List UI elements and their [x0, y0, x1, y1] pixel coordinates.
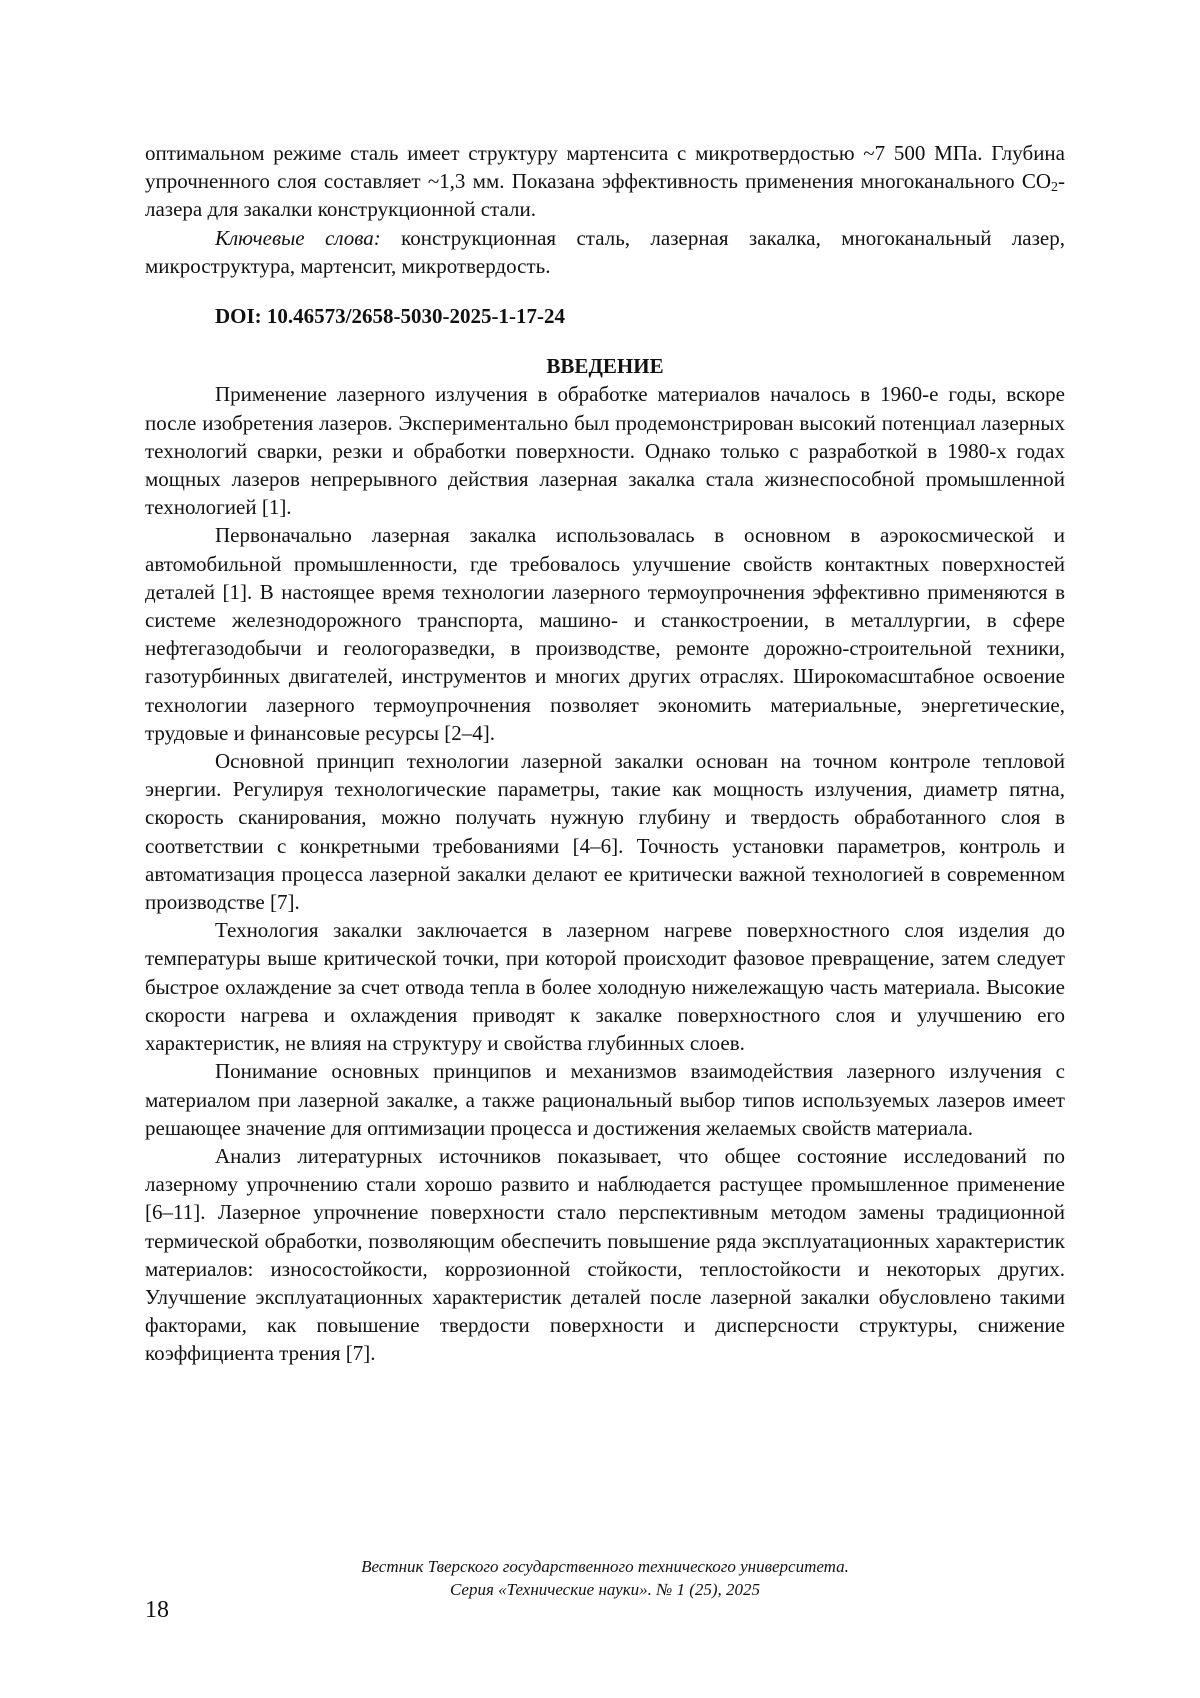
paragraph: Понимание основных принципов и механизмо… — [145, 1057, 1065, 1142]
keywords: Ключевые слова: конструкционная сталь, л… — [145, 224, 1065, 280]
paragraph: Применение лазерного излучения в обработ… — [145, 380, 1065, 521]
footer-journal-title: Вестник Тверского государственного техни… — [145, 1555, 1065, 1578]
paragraph: Анализ литературных источников показывае… — [145, 1142, 1065, 1368]
abstract-text: оптимальном режиме сталь имеет структуру… — [145, 141, 1065, 193]
section-title: ВВЕДЕНИЕ — [145, 352, 1065, 380]
doi: DOI: 10.46573/2658-5030-2025-1-17-24 — [145, 302, 1065, 330]
paragraph: Технология закалки заключается в лазерно… — [145, 916, 1065, 1057]
paragraph: Основной принцип технологии лазерной зак… — [145, 747, 1065, 916]
co2-subscript: 2 — [1051, 180, 1058, 195]
page-content: оптимальном режиме сталь имеет структуру… — [145, 139, 1065, 1368]
footer-series: Серия «Технические науки». № 1 (25), 202… — [145, 1578, 1065, 1601]
document-page: оптимальном режиме сталь имеет структуру… — [0, 0, 1200, 1698]
paragraph: Первоначально лазерная закалка использов… — [145, 521, 1065, 747]
keywords-label: Ключевые слова: — [215, 226, 381, 250]
page-number: 18 — [145, 1597, 169, 1624]
journal-footer: Вестник Тверского государственного техни… — [145, 1555, 1065, 1601]
abstract-tail: оптимальном режиме сталь имеет структуру… — [145, 139, 1065, 224]
